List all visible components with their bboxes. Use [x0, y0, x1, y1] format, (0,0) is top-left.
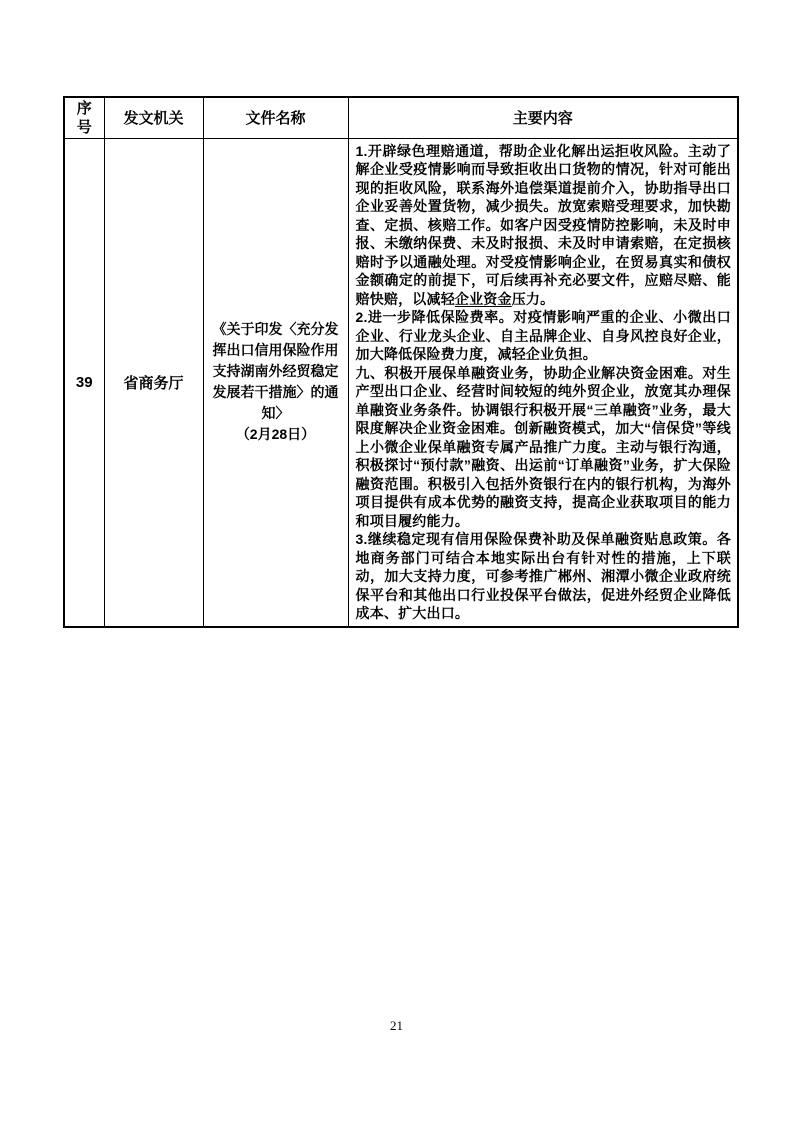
header-cell-doc-name: 文件名称 [203, 97, 348, 138]
content-paragraph: 2.进一步降低保险费率。对疫情影响严重的企业、小微出口企业、行业龙头企业、自主品… [356, 308, 732, 364]
header-cell-number: 序号 [64, 97, 104, 138]
header-label-number: 序号 [75, 99, 93, 137]
header-cell-agency: 发文机关 [104, 97, 203, 138]
table-header-row: 序号 发文机关 文件名称 主要内容 [64, 97, 738, 138]
content-paragraph: 九、积极开展保单融资业务，协助企业解决资金困难。对生产型出口企业、经营时间较短的… [356, 364, 732, 531]
header-cell-content: 主要内容 [348, 97, 738, 138]
content-paragraph: 1.开辟绿色理赔通道，帮助企业化解出运拒收风险。主动了解企业受疫情影响而导致拒收… [356, 142, 732, 309]
document-page: 序号 发文机关 文件名称 主要内容 39 省商务厅 《关于印发〈充分发挥出口信用… [0, 0, 793, 1122]
content-paragraph: 3.继续稳定现有信用保险保费补助及保单融资贴息政策。各地商务部门可结合本地实际出… [356, 530, 732, 623]
row-number: 39 [64, 138, 104, 627]
row-agency: 省商务厅 [104, 138, 203, 627]
doc-date: （2月28日） [209, 424, 343, 445]
row-doc-name: 《关于印发〈充分发挥出口信用保险作用 支持湖南外经贸稳定发展若干措施〉的通知〉 … [203, 138, 348, 627]
table-row: 39 省商务厅 《关于印发〈充分发挥出口信用保险作用 支持湖南外经贸稳定发展若干… [64, 138, 738, 627]
content-cell: 1.开辟绿色理赔通道，帮助企业化解出运拒收风险。主动了解企业受疫情影响而导致拒收… [348, 138, 738, 627]
policy-table: 序号 发文机关 文件名称 主要内容 39 省商务厅 《关于印发〈充分发挥出口信用… [63, 96, 739, 628]
page-number: 21 [0, 1018, 793, 1034]
doc-title: 《关于印发〈充分发挥出口信用保险作用 支持湖南外经贸稳定发展若干措施〉的通知〉 [213, 321, 339, 421]
